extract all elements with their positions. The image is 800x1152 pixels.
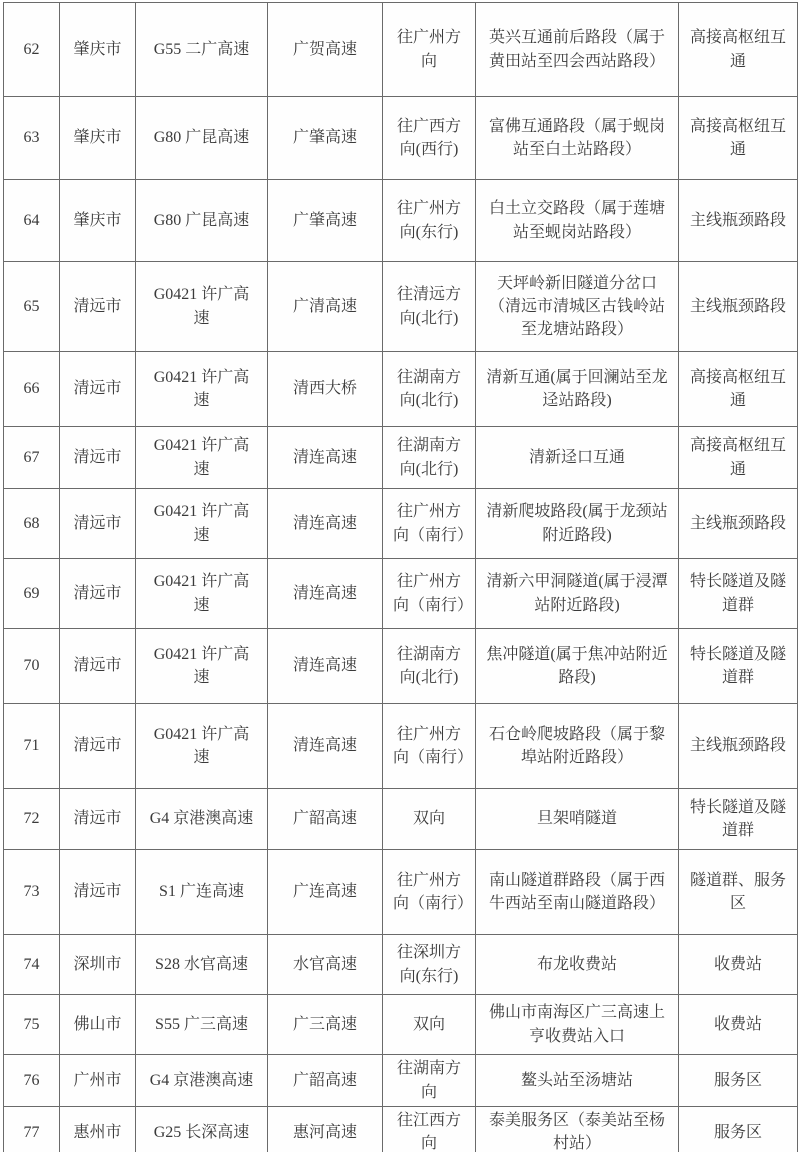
cell-row-number: 76	[4, 1055, 60, 1107]
cell-congested-segment: 石仓岭爬坡路段（属于黎埠站附近路段）	[476, 704, 679, 789]
cell-road-name: 广韶高速	[268, 789, 383, 850]
cell-congested-segment: 清新迳口互通	[476, 427, 679, 489]
cell-direction: 双向	[383, 995, 476, 1055]
cell-row-number: 65	[4, 262, 60, 352]
cell-city: 清远市	[60, 489, 136, 559]
cell-direction: 往广州方向	[383, 3, 476, 97]
cell-congestion-type: 主线瓶颈路段	[679, 180, 798, 262]
cell-direction: 往湖南方向(北行)	[383, 629, 476, 704]
table-row: 74深圳市S28 水官高速水官高速往深圳方向(东行)布龙收费站收费站	[4, 935, 798, 995]
cell-direction: 往广州方向(东行)	[383, 180, 476, 262]
cell-city: 清远市	[60, 629, 136, 704]
cell-route-code: G0421 许广高速	[136, 629, 268, 704]
cell-road-name: 清连高速	[268, 629, 383, 704]
cell-road-name: 广韶高速	[268, 1055, 383, 1107]
table-row: 71清远市G0421 许广高速清连高速往广州方向（南行）石仓岭爬坡路段（属于黎埠…	[4, 704, 798, 789]
cell-city: 清远市	[60, 352, 136, 427]
cell-direction: 往深圳方向(东行)	[383, 935, 476, 995]
cell-road-name: 广连高速	[268, 850, 383, 935]
cell-congested-segment: 英兴互通前后路段（属于黄田站至四会西站路段）	[476, 3, 679, 97]
table-row: 67清远市G0421 许广高速清连高速往湖南方向(北行)清新迳口互通高接高枢纽互…	[4, 427, 798, 489]
cell-congestion-type: 隧道群、服务区	[679, 850, 798, 935]
cell-city: 惠州市	[60, 1107, 136, 1152]
cell-congested-segment: 富佛互通路段（属于蚬岗站至白土站路段）	[476, 97, 679, 180]
cell-direction: 往江西方向	[383, 1107, 476, 1152]
cell-city: 清远市	[60, 789, 136, 850]
cell-direction: 往广州方向（南行）	[383, 559, 476, 629]
cell-row-number: 70	[4, 629, 60, 704]
table-row: 69清远市G0421 许广高速清连高速往广州方向（南行）清新六甲洞隧道(属于浸潭…	[4, 559, 798, 629]
cell-direction: 往湖南方向(北行)	[383, 427, 476, 489]
table-row: 75佛山市S55 广三高速广三高速双向佛山市南海区广三高速上亨收费站入口收费站	[4, 995, 798, 1055]
cell-row-number: 67	[4, 427, 60, 489]
cell-city: 清远市	[60, 559, 136, 629]
table-row: 70清远市G0421 许广高速清连高速往湖南方向(北行)焦冲隧道(属于焦冲站附近…	[4, 629, 798, 704]
cell-road-name: 广肇高速	[268, 180, 383, 262]
cell-congested-segment: 清新爬坡路段(属于龙颈站附近路段)	[476, 489, 679, 559]
cell-road-name: 水官高速	[268, 935, 383, 995]
table-row: 68清远市G0421 许广高速清连高速往广州方向（南行）清新爬坡路段(属于龙颈站…	[4, 489, 798, 559]
cell-row-number: 69	[4, 559, 60, 629]
congestion-table: 62肇庆市G55 二广高速广贺高速往广州方向英兴互通前后路段（属于黄田站至四会西…	[3, 2, 798, 1152]
cell-route-code: S28 水官高速	[136, 935, 268, 995]
cell-route-code: S1 广连高速	[136, 850, 268, 935]
cell-city: 清远市	[60, 850, 136, 935]
cell-congested-segment: 清新六甲洞隧道(属于浸潭站附近路段)	[476, 559, 679, 629]
cell-congested-segment: 泰美服务区（泰美站至杨村站）	[476, 1107, 679, 1152]
cell-direction: 往清远方向(北行)	[383, 262, 476, 352]
cell-direction: 往广州方向（南行）	[383, 850, 476, 935]
cell-direction: 往广州方向（南行）	[383, 489, 476, 559]
cell-direction: 往湖南方向(北行)	[383, 352, 476, 427]
cell-direction: 往湖南方向	[383, 1055, 476, 1107]
cell-congestion-type: 服务区	[679, 1107, 798, 1152]
cell-congestion-type: 主线瓶颈路段	[679, 489, 798, 559]
cell-row-number: 63	[4, 97, 60, 180]
cell-congested-segment: 佛山市南海区广三高速上亨收费站入口	[476, 995, 679, 1055]
cell-city: 广州市	[60, 1055, 136, 1107]
cell-road-name: 广三高速	[268, 995, 383, 1055]
cell-row-number: 71	[4, 704, 60, 789]
cell-congestion-type: 主线瓶颈路段	[679, 704, 798, 789]
cell-congested-segment: 焦冲隧道(属于焦冲站附近路段)	[476, 629, 679, 704]
cell-congested-segment: 白土立交路段（属于莲塘站至蚬岗站路段）	[476, 180, 679, 262]
cell-city: 肇庆市	[60, 97, 136, 180]
table-row: 76广州市G4 京港澳高速广韶高速往湖南方向鳌头站至汤塘站服务区	[4, 1055, 798, 1107]
cell-row-number: 66	[4, 352, 60, 427]
cell-direction: 往广州方向（南行）	[383, 704, 476, 789]
cell-route-code: G0421 许广高速	[136, 427, 268, 489]
cell-city: 清远市	[60, 427, 136, 489]
cell-road-name: 清连高速	[268, 427, 383, 489]
cell-city: 清远市	[60, 704, 136, 789]
cell-road-name: 广肇高速	[268, 97, 383, 180]
cell-row-number: 62	[4, 3, 60, 97]
cell-congestion-type: 收费站	[679, 935, 798, 995]
cell-row-number: 73	[4, 850, 60, 935]
table-row: 73清远市S1 广连高速广连高速往广州方向（南行）南山隧道群路段（属于西牛西站至…	[4, 850, 798, 935]
table-row: 64肇庆市G80 广昆高速广肇高速往广州方向(东行)白土立交路段（属于莲塘站至蚬…	[4, 180, 798, 262]
cell-city: 清远市	[60, 262, 136, 352]
cell-row-number: 64	[4, 180, 60, 262]
cell-row-number: 72	[4, 789, 60, 850]
cell-congested-segment: 清新互通(属于回澜站至龙迳站路段)	[476, 352, 679, 427]
cell-congestion-type: 主线瓶颈路段	[679, 262, 798, 352]
cell-congested-segment: 鳌头站至汤塘站	[476, 1055, 679, 1107]
cell-city: 肇庆市	[60, 3, 136, 97]
cell-direction: 双向	[383, 789, 476, 850]
cell-congestion-type: 特长隧道及隧道群	[679, 629, 798, 704]
cell-route-code: G0421 许广高速	[136, 352, 268, 427]
cell-congestion-type: 收费站	[679, 995, 798, 1055]
cell-route-code: S55 广三高速	[136, 995, 268, 1055]
cell-row-number: 68	[4, 489, 60, 559]
cell-route-code: G0421 许广高速	[136, 262, 268, 352]
cell-congestion-type: 服务区	[679, 1055, 798, 1107]
cell-congested-segment: 天坪岭新旧隧道分岔口（清远市清城区古钱岭站至龙塘站路段）	[476, 262, 679, 352]
table-row: 63肇庆市G80 广昆高速广肇高速往广西方向(西行)富佛互通路段（属于蚬岗站至白…	[4, 97, 798, 180]
table-row: 77惠州市G25 长深高速惠河高速往江西方向泰美服务区（泰美站至杨村站）服务区	[4, 1107, 798, 1152]
table-row: 65清远市G0421 许广高速广清高速往清远方向(北行)天坪岭新旧隧道分岔口（清…	[4, 262, 798, 352]
cell-route-code: G4 京港澳高速	[136, 1055, 268, 1107]
cell-route-code: G25 长深高速	[136, 1107, 268, 1152]
table-row: 62肇庆市G55 二广高速广贺高速往广州方向英兴互通前后路段（属于黄田站至四会西…	[4, 3, 798, 97]
cell-road-name: 清连高速	[268, 704, 383, 789]
cell-route-code: G80 广昆高速	[136, 180, 268, 262]
cell-road-name: 清连高速	[268, 489, 383, 559]
cell-congestion-type: 高接高枢纽互通	[679, 352, 798, 427]
cell-city: 肇庆市	[60, 180, 136, 262]
cell-congestion-type: 特长隧道及隧道群	[679, 789, 798, 850]
cell-route-code: G80 广昆高速	[136, 97, 268, 180]
congestion-table-body: 62肇庆市G55 二广高速广贺高速往广州方向英兴互通前后路段（属于黄田站至四会西…	[4, 3, 798, 1152]
cell-route-code: G0421 许广高速	[136, 704, 268, 789]
cell-city: 深圳市	[60, 935, 136, 995]
cell-congested-segment: 南山隧道群路段（属于西牛西站至南山隧道路段）	[476, 850, 679, 935]
cell-congestion-type: 特长隧道及隧道群	[679, 559, 798, 629]
cell-road-name: 清西大桥	[268, 352, 383, 427]
cell-route-code: G4 京港澳高速	[136, 789, 268, 850]
cell-congestion-type: 高接高枢纽互通	[679, 3, 798, 97]
table-row: 66清远市G0421 许广高速清西大桥往湖南方向(北行)清新互通(属于回澜站至龙…	[4, 352, 798, 427]
cell-row-number: 77	[4, 1107, 60, 1152]
cell-congested-segment: 旦架哨隧道	[476, 789, 679, 850]
cell-route-code: G0421 许广高速	[136, 489, 268, 559]
table-row: 72清远市G4 京港澳高速广韶高速双向旦架哨隧道特长隧道及隧道群	[4, 789, 798, 850]
cell-city: 佛山市	[60, 995, 136, 1055]
cell-direction: 往广西方向(西行)	[383, 97, 476, 180]
cell-congestion-type: 高接高枢纽互通	[679, 427, 798, 489]
cell-road-name: 广贺高速	[268, 3, 383, 97]
cell-congested-segment: 布龙收费站	[476, 935, 679, 995]
cell-row-number: 74	[4, 935, 60, 995]
cell-route-code: G55 二广高速	[136, 3, 268, 97]
cell-congestion-type: 高接高枢纽互通	[679, 97, 798, 180]
cell-row-number: 75	[4, 995, 60, 1055]
cell-road-name: 惠河高速	[268, 1107, 383, 1152]
cell-road-name: 清连高速	[268, 559, 383, 629]
cell-road-name: 广清高速	[268, 262, 383, 352]
cell-route-code: G0421 许广高速	[136, 559, 268, 629]
